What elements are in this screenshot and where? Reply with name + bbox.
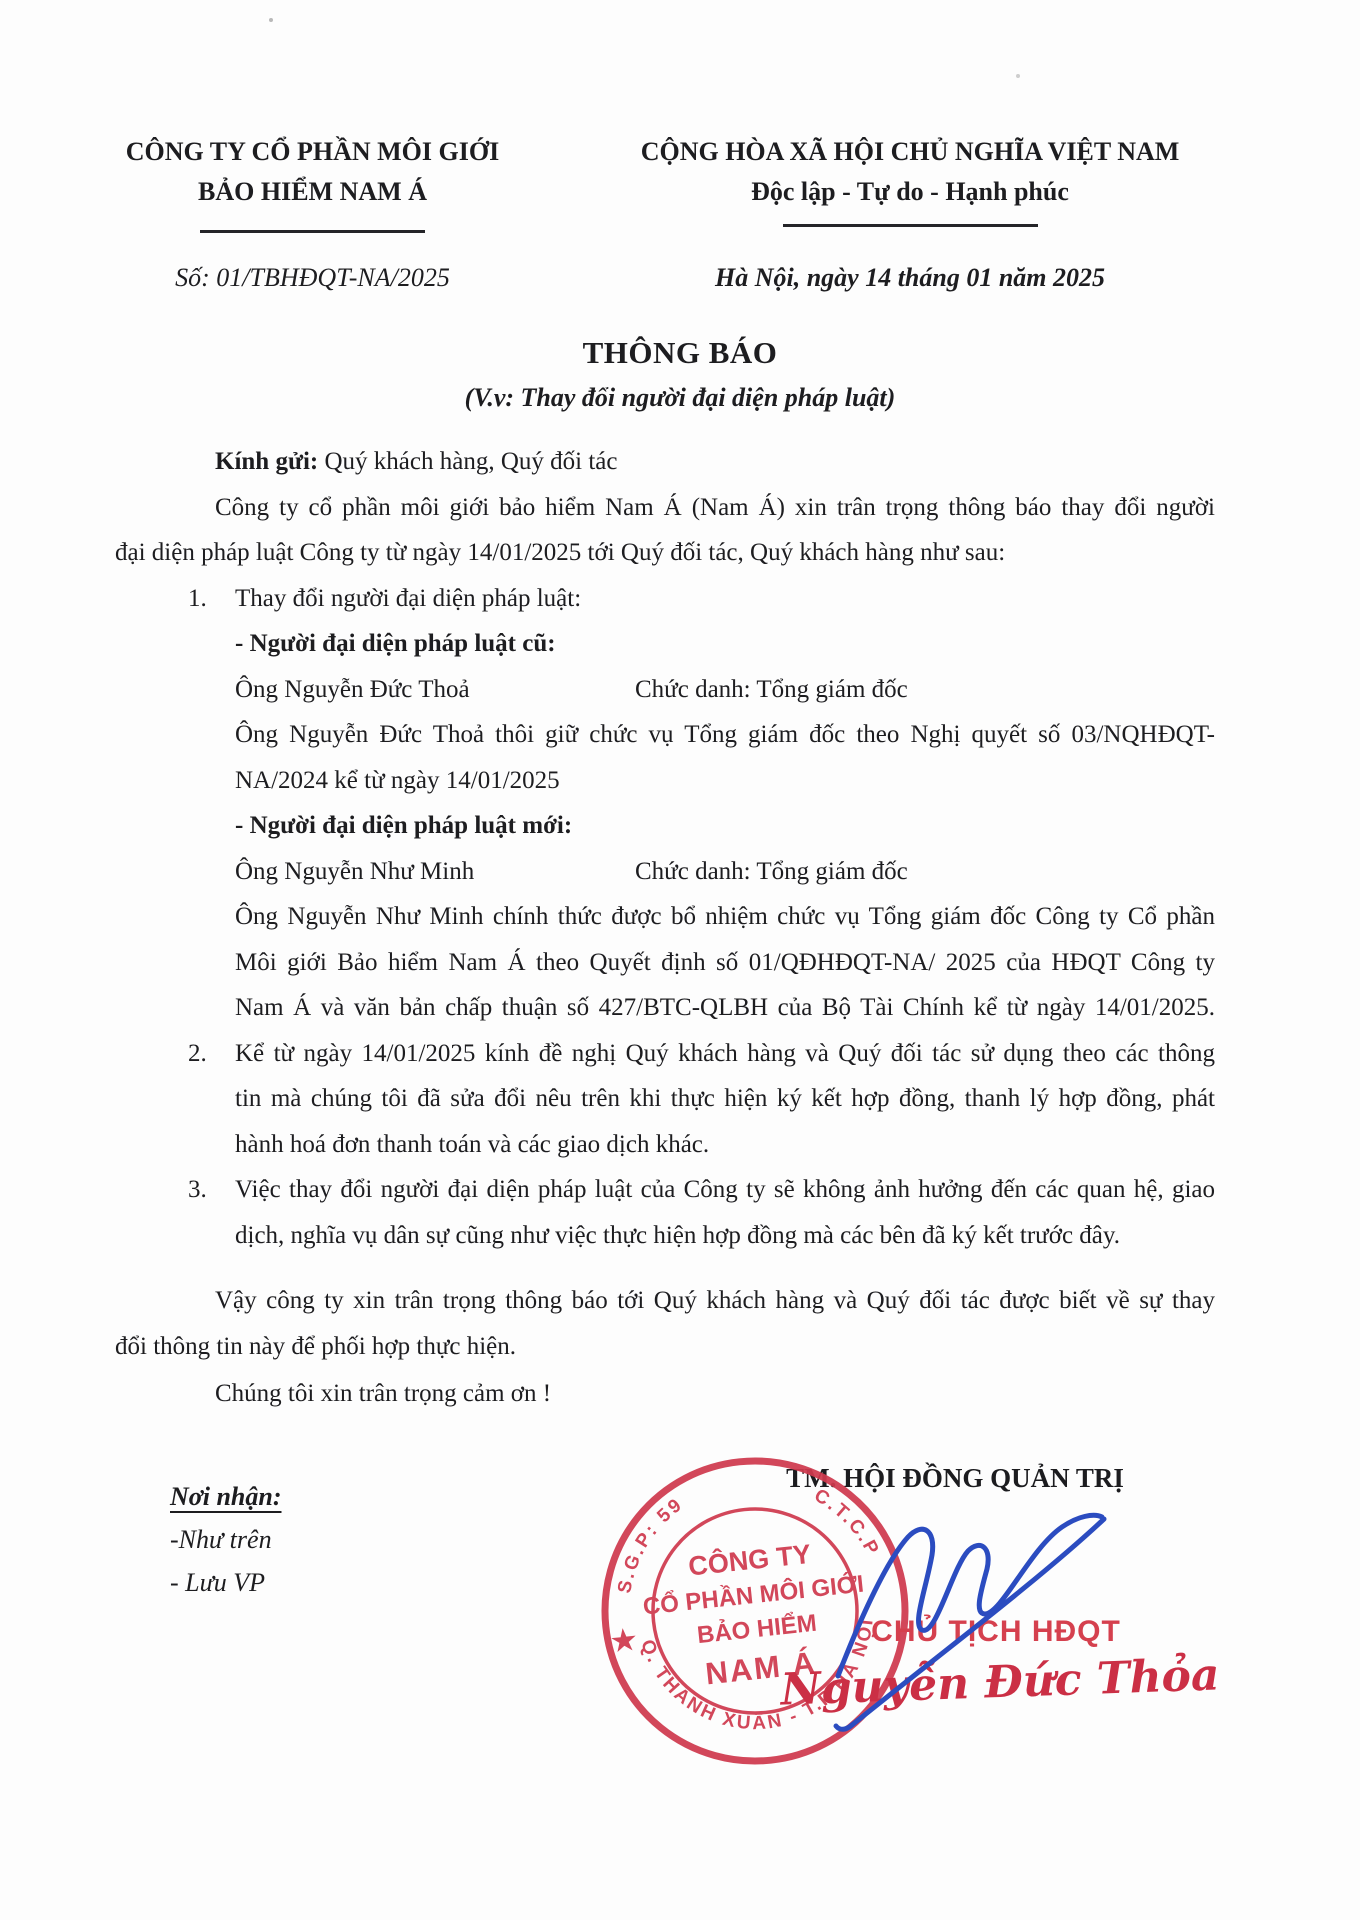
place-and-date: Hà Nội, ngày 14 tháng 01 năm 2025 <box>535 263 1285 293</box>
new-note-line: Nam Á và văn bản chấp thuận số 427/BTC-Q… <box>235 985 1215 1031</box>
salutation: Kính gửi: Quý khách hàng, Quý đối tác <box>215 439 1215 485</box>
company-header-block: CÔNG TY CỔ PHẦN MÔI GIỚI BẢO HIỂM NAM Á … <box>0 132 505 293</box>
salutation-text: Quý khách hàng, Quý đối tác <box>318 448 617 475</box>
company-name-line1: CÔNG TY CỔ PHẦN MÔI GIỚI <box>120 132 505 172</box>
national-motto-line2: Độc lập - Tự do - Hạnh phúc <box>535 172 1285 212</box>
intro-line: đại diện pháp luật Công ty từ ngày 14/01… <box>115 530 1215 576</box>
document-subtitle: (V.v: Thay đổi người đại diện pháp luật) <box>0 383 1360 413</box>
document-page: CÔNG TY CỔ PHẦN MÔI GIỚI BẢO HIỂM NAM Á … <box>0 0 1360 1920</box>
recipients-label: Nơi nhận: <box>170 1475 282 1518</box>
item3-line: Việc thay đổi người đại diện pháp luật c… <box>235 1167 1215 1213</box>
intro-line: Công ty cổ phần môi giới bảo hiểm Nam Á … <box>215 485 1215 531</box>
list-number: 1. <box>188 576 207 622</box>
list-item-1: 1. Thay đổi người đại diện pháp luật: - … <box>115 576 1215 1031</box>
list-item-3: 3. Việc thay đổi người đại diện pháp luậ… <box>115 1167 1215 1258</box>
list-item-2: 2. Kể từ ngày 14/01/2025 kính đề nghị Qu… <box>115 1031 1215 1168</box>
salutation-label: Kính gửi: <box>215 448 318 475</box>
national-header-block: CỘNG HÒA XÃ HỘI CHỦ NGHĨA VIỆT NAM Độc l… <box>505 132 1360 293</box>
company-name-line2: BẢO HIỂM NAM Á <box>120 172 505 212</box>
scan-speck <box>1016 74 1020 78</box>
old-representative-title: Chức danh: Tổng giám đốc <box>635 667 908 713</box>
document-body: Kính gửi: Quý khách hàng, Quý đối tác Cô… <box>115 439 1215 1417</box>
new-representative-label: - Người đại diện pháp luật mới: <box>235 803 1215 849</box>
thanks-line: Chúng tôi xin trân trọng cảm ơn ! <box>215 1371 1215 1417</box>
document-title-block: THÔNG BÁO (V.v: Thay đổi người đại diện … <box>0 335 1360 413</box>
recipients-block: Nơi nhận: -Như trên - Lưu VP <box>170 1475 282 1604</box>
item3-line: dịch, nghĩa vụ dân sự cũng như việc thực… <box>235 1213 1215 1259</box>
new-note-line: Ông Nguyễn Như Minh chính thức được bổ n… <box>235 894 1215 940</box>
new-representative-row: Ông Nguyễn Như MinhChức danh: Tổng giám … <box>235 849 1215 895</box>
document-title: THÔNG BÁO <box>0 335 1360 371</box>
document-number: Số: 01/TBHĐQT-NA/2025 <box>120 263 505 293</box>
new-note-line: Môi giới Bảo hiểm Nam Á theo Quyết định … <box>235 940 1215 986</box>
old-representative-row: Ông Nguyễn Đức ThoảChức danh: Tổng giám … <box>235 667 1215 713</box>
recipient-item: -Như trên <box>170 1518 282 1561</box>
new-representative-title: Chức danh: Tổng giám đốc <box>635 849 908 895</box>
old-representative-label: - Người đại diện pháp luật cũ: <box>235 621 1215 667</box>
header-rule-left <box>200 230 425 233</box>
old-note-line: NA/2024 kể từ ngày 14/01/2025 <box>235 758 1215 804</box>
scan-speck <box>269 18 273 22</box>
national-motto-line1: CỘNG HÒA XÃ HỘI CHỦ NGHĨA VIỆT NAM <box>535 132 1285 172</box>
list-number: 2. <box>188 1031 207 1077</box>
list-number: 3. <box>188 1167 207 1213</box>
header-rule-right <box>783 224 1038 227</box>
item2-line: tin mà chúng tôi đã sửa đổi nêu trên khi… <box>235 1076 1215 1122</box>
closing-line: Vậy công ty xin trân trọng thông báo tới… <box>215 1278 1215 1324</box>
recipient-item: - Lưu VP <box>170 1561 282 1604</box>
item2-line: Kể từ ngày 14/01/2025 kính đề nghị Quý k… <box>235 1031 1215 1077</box>
item1-heading: Thay đổi người đại diện pháp luật: <box>235 576 1215 622</box>
signature-section: Nơi nhận: -Như trên - Lưu VP TM. HỘI ĐỒN… <box>0 1429 1360 1899</box>
new-representative-name: Ông Nguyễn Như Minh <box>235 858 474 885</box>
closing-line: đổi thông tin này để phối hợp thực hiện. <box>115 1324 1215 1370</box>
item2-line: hành hoá đơn thanh toán và các giao dịch… <box>235 1122 1215 1168</box>
document-header: CÔNG TY CỔ PHẦN MÔI GIỚI BẢO HIỂM NAM Á … <box>0 0 1360 293</box>
old-representative-name: Ông Nguyễn Đức Thoả <box>235 676 470 703</box>
handwritten-signature <box>530 1429 1210 1884</box>
old-note-line: Ông Nguyễn Đức Thoả thôi giữ chức vụ Tổn… <box>235 712 1215 758</box>
